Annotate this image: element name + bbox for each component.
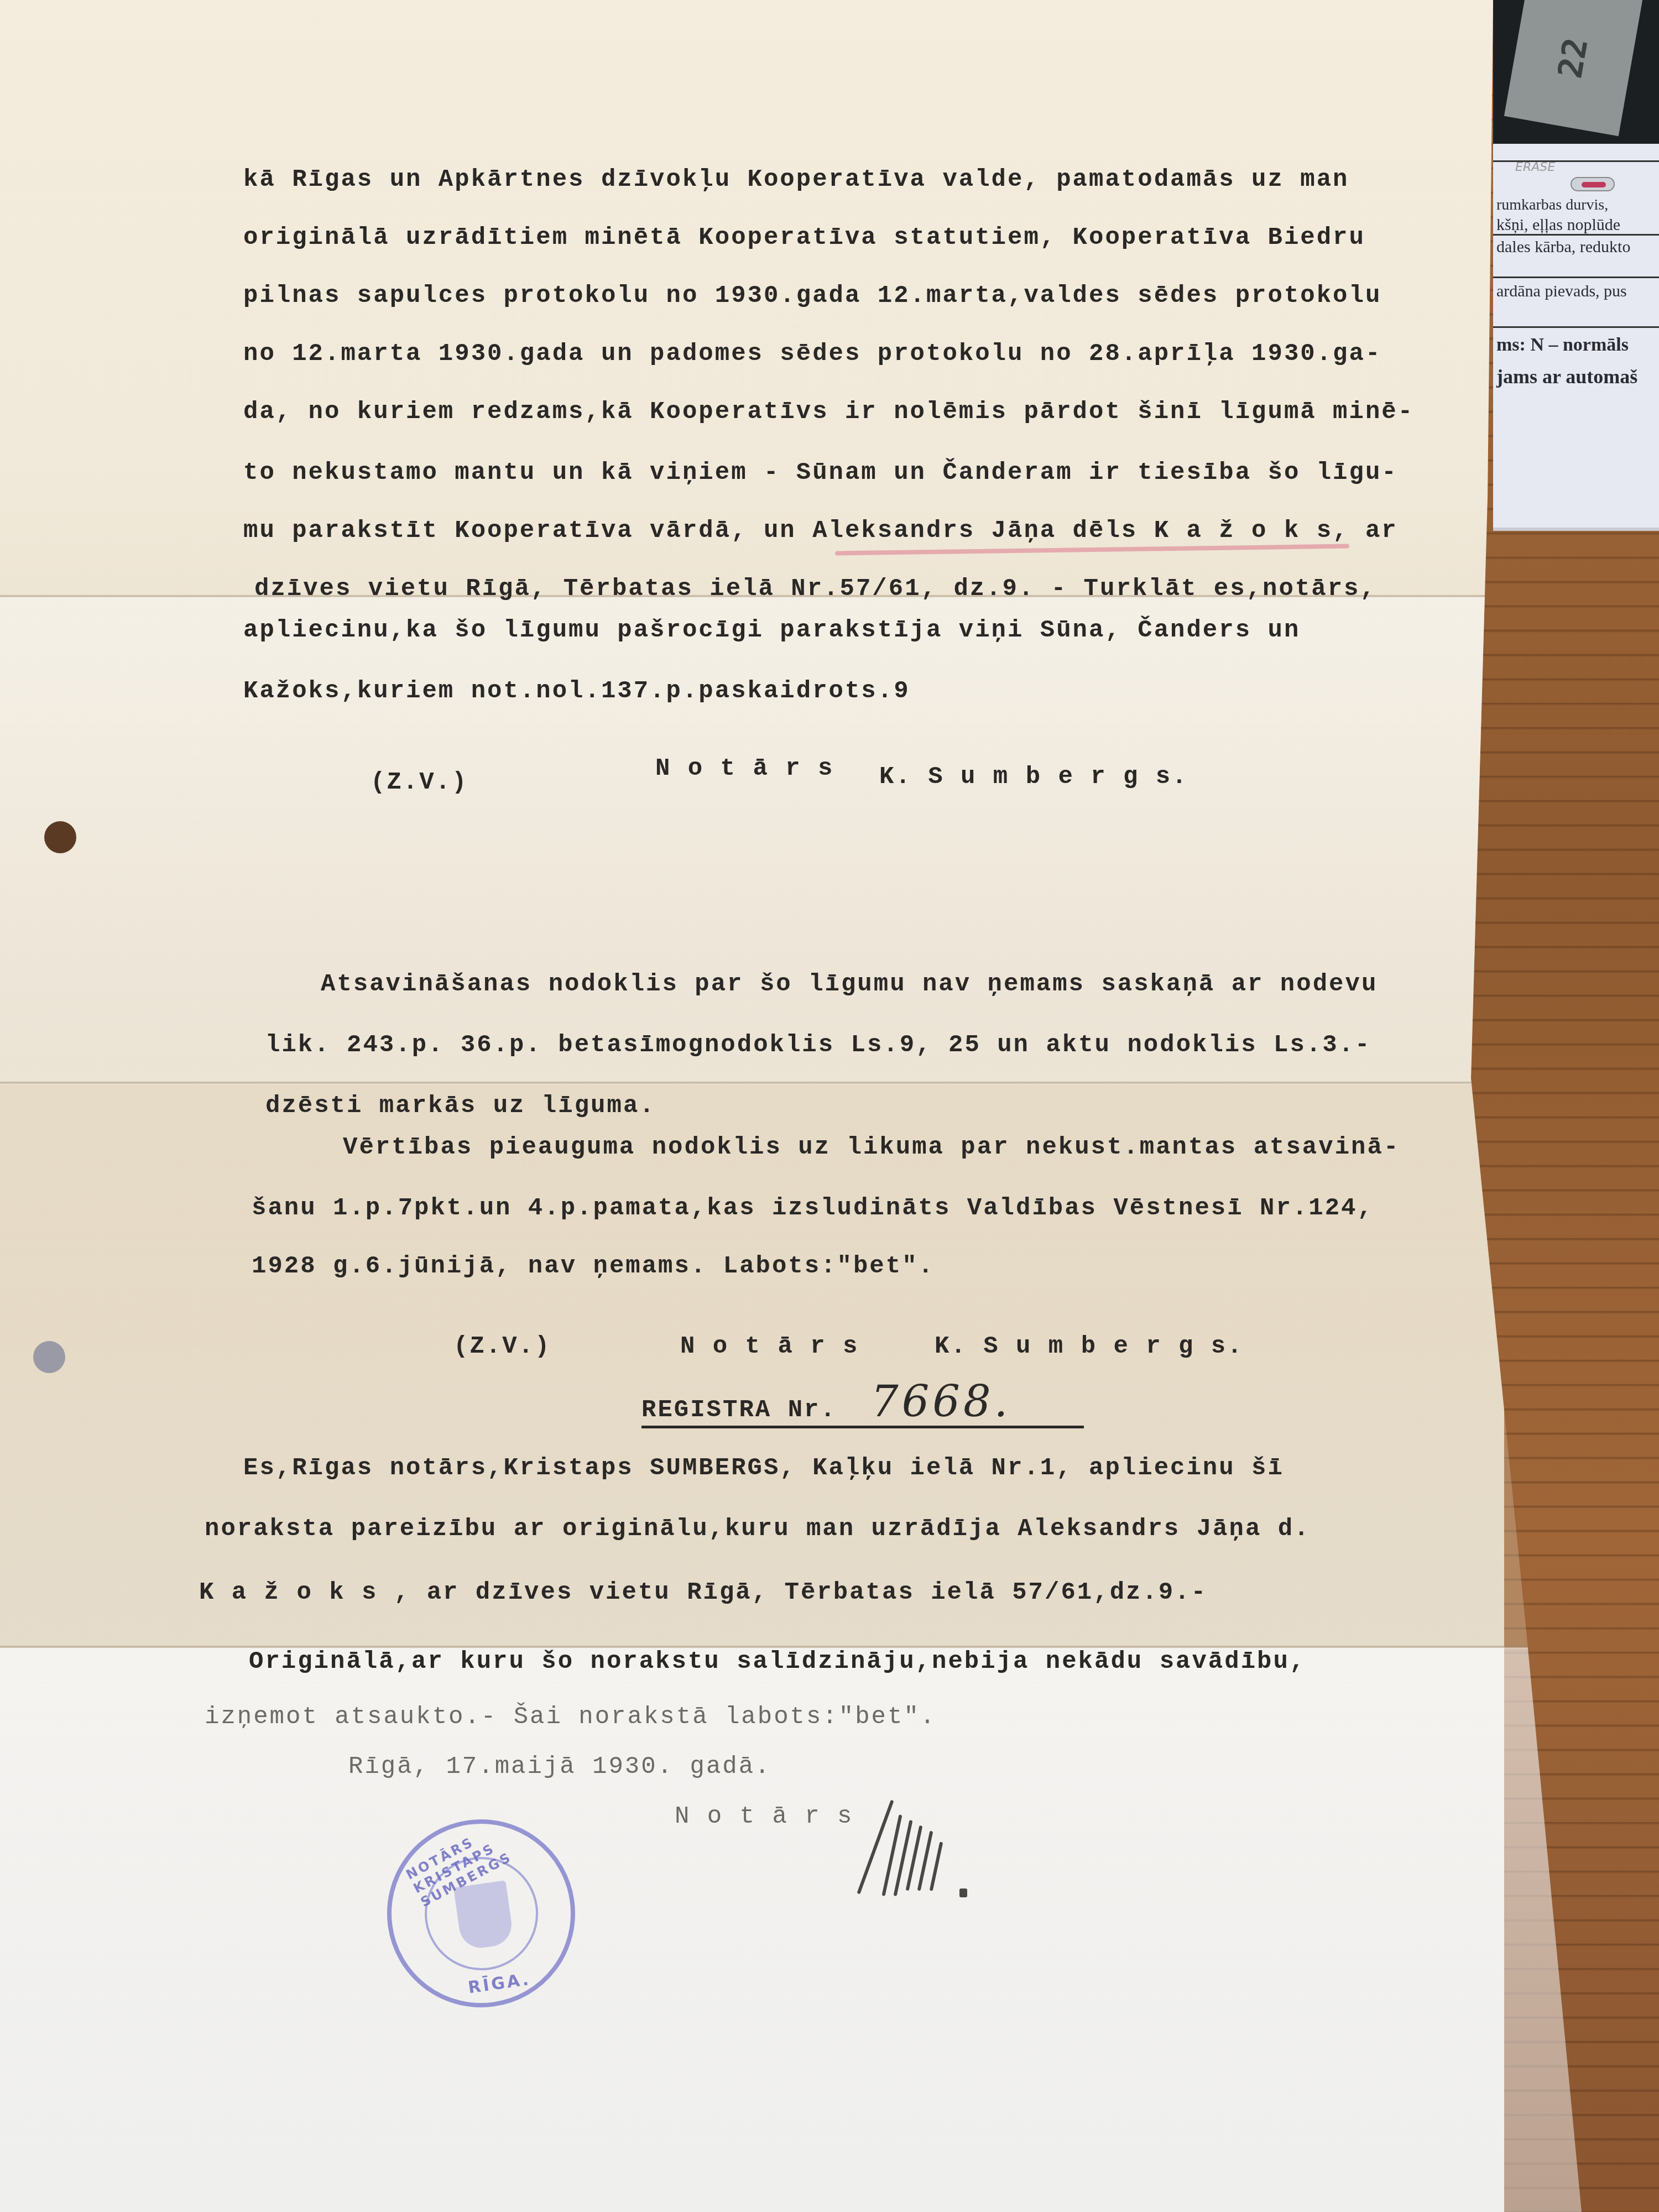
text-line: Kažoks,kuriem not.nol.137.p.paskaidrots.…: [243, 677, 910, 705]
seal-mark: (Z.V.): [453, 1333, 551, 1360]
notary-title: N o t ā r s: [680, 1333, 859, 1360]
sheet-line: rumkarbas durvis,: [1496, 196, 1608, 214]
sheet-line: kšņi, eļļas noplūde: [1496, 216, 1620, 234]
paper-panel-lower: [0, 1084, 1604, 1648]
text-line: kā Rīgas un Apkārtnes dzīvokļu Kooperatī…: [243, 166, 1349, 194]
notarial-document: kā Rīgas un Apkārtnes dzīvokļu Kooperatī…: [0, 0, 1504, 2212]
coat-of-arms-icon: [453, 1880, 514, 1950]
sheet-rule: [1493, 234, 1659, 236]
document-text: kā Rīgas un Apkārtnes dzīvokļu Kooperatī…: [0, 0, 65, 1355]
text-line: 1928 g.6.jūnijā, nav ņemams. Labots:"bet…: [252, 1253, 935, 1280]
text-line: noraksta pareizību ar originālu,kuru man…: [205, 1515, 1311, 1543]
printed-sheet: ERASE rumkarbas durvis, kšņi, eļļas nopl…: [1493, 144, 1659, 531]
text-line: apliecinu,ka šo līgumu pašrocīgi parakst…: [243, 617, 1300, 644]
notary-name: K. S u m b e r g s.: [879, 763, 1188, 791]
notary-name: K. S u m b e r g s.: [935, 1333, 1244, 1360]
registry-underline: [641, 1426, 1084, 1428]
sheet-line: ardāna pievads, pus: [1496, 282, 1627, 301]
date-line: Rīgā, 17.maijā 1930. gadā.: [348, 1753, 771, 1781]
text-line: Es,Rīgas notārs,Kristaps SUMBERGS, Kaļķu…: [243, 1454, 1284, 1482]
text-line: dzīves vietu Rīgā, Tērbatas ielā Nr.57/6…: [254, 575, 1376, 603]
notary-title: N o t ā r s: [655, 755, 834, 782]
sheet-rule: [1493, 326, 1659, 328]
sheet-line: dales kārba, redukto: [1496, 238, 1630, 257]
text-line: lik. 243.p. 36.p. betasīmognodoklis Ls.9…: [265, 1031, 1371, 1059]
text-line: mu parakstīt Kooperatīva vārdā, un Aleks…: [243, 517, 1398, 545]
text-line: Vērtības pieauguma nodoklis uz likuma pa…: [343, 1134, 1400, 1161]
handwritten-registry-number: 7668.: [871, 1377, 1011, 1427]
sheet-rule: [1493, 276, 1659, 278]
paper-fold: [0, 1081, 1548, 1084]
handwritten-signature: [852, 1792, 979, 1913]
erase-button: [1571, 177, 1615, 191]
text-line: no 12.marta 1930.gada un padomes sēdes p…: [243, 340, 1381, 368]
text-line: dzēsti markās uz līguma.: [265, 1092, 656, 1120]
text-line: to nekustamo mantu un kā viņiem - Sūnam …: [243, 459, 1398, 487]
text-line: Originālā,ar kuru šo norakstu salīdzināj…: [249, 1648, 1306, 1676]
digital-device: 22: [1493, 0, 1659, 144]
text-line: da, no kuriem redzams,kā Kooperatīvs ir …: [243, 398, 1414, 426]
text-line: K a ž o k s , ar dzīves vietu Rīgā, Tērb…: [199, 1579, 1207, 1606]
registry-label: REGISTRA Nr.: [641, 1396, 837, 1424]
seal-mark: (Z.V.): [371, 769, 468, 796]
paper-panel-middle: [0, 597, 1604, 1084]
paper-panel-bottom: [0, 1648, 1604, 2212]
device-display: 22: [1504, 0, 1642, 136]
text-line: originālā uzrādītiem minētā Kooperatīva …: [243, 224, 1365, 252]
text-line: šanu 1.p.7pkt.un 4.p.pamata,kas izsludin…: [252, 1194, 1374, 1222]
sheet-line: jams ar automaš: [1496, 365, 1637, 388]
stamp-bottom-text: RĪGA.: [467, 1970, 532, 1998]
sheet-line: ms: N – normāls: [1496, 335, 1629, 356]
erase-label: ERASE: [1515, 160, 1555, 174]
text-line: izņemot atsaukto.- Šai norakstā labots:"…: [205, 1703, 936, 1731]
text-line: Atsavināšanas nodoklis par šo līgumu nav…: [321, 971, 1378, 998]
notary-title: N o t ā r s: [675, 1803, 853, 1830]
text-line: pilnas sapulces protokolu no 1930.gada 1…: [243, 282, 1381, 310]
